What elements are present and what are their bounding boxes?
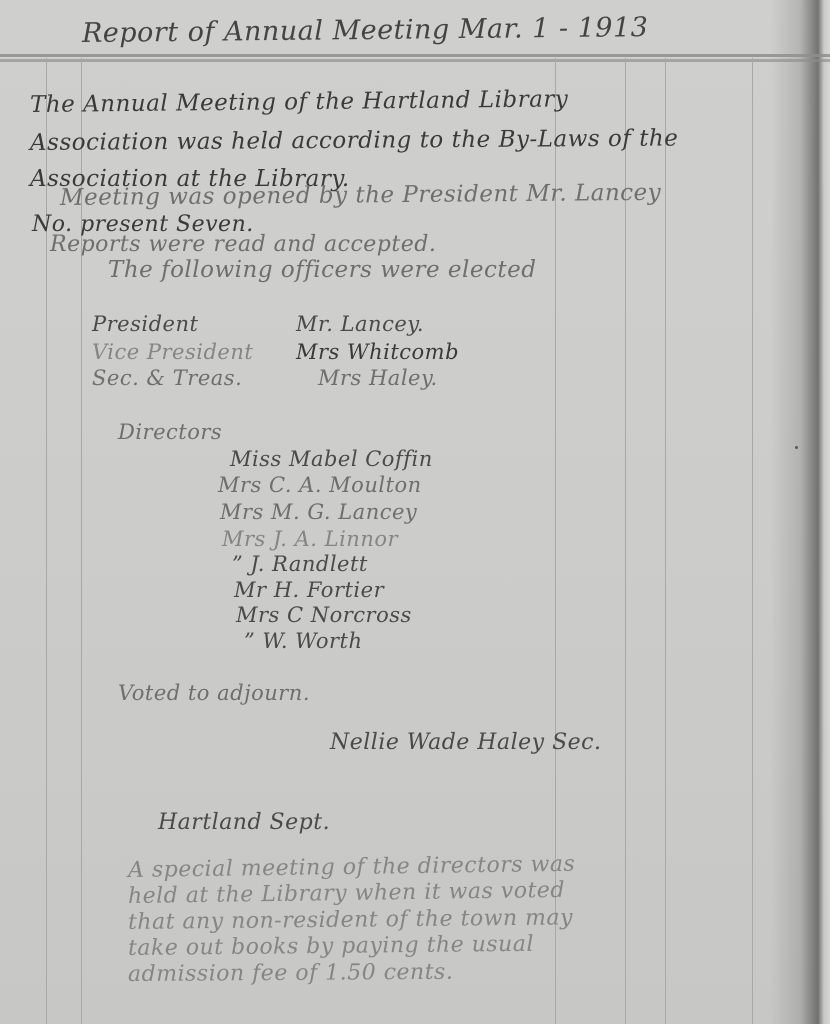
- page-title: Report of Annual Meeting Mar. 1 - 1913: [82, 12, 649, 49]
- minutes-line: Reports were read and accepted.: [50, 232, 436, 257]
- officer-name: Mrs Whitcomb: [296, 340, 459, 364]
- minutes-line: held at the Library when it was voted: [128, 878, 565, 909]
- minutes-line: Meeting was opened by the President Mr. …: [60, 180, 661, 211]
- header-rule-top: [0, 54, 830, 57]
- ledger-column-line: [752, 58, 753, 1024]
- minutes-line: that any non-resident of the town may: [128, 905, 573, 935]
- minutes-line: Association was held according to the By…: [30, 125, 678, 156]
- minutes-line: take out books by paying the usual: [128, 932, 534, 961]
- minutes-line: The following officers were elected: [108, 257, 536, 283]
- director-name: ” W. Worth: [244, 629, 362, 653]
- officer-role: Sec. & Treas.: [92, 366, 242, 390]
- ledger-column-line: [665, 58, 666, 1024]
- director-name: Mrs M. G. Lancey: [220, 500, 417, 524]
- officer-name: Mrs Haley.: [318, 366, 438, 390]
- ledger-column-line: [46, 58, 47, 1024]
- directors-heading: Directors: [118, 420, 222, 444]
- secretary-signature: Nellie Wade Haley Sec.: [330, 730, 602, 755]
- officer-name: Mr. Lancey.: [296, 312, 424, 336]
- entry-place-date: Hartland Sept.: [158, 810, 330, 835]
- director-name: Miss Mabel Coffin: [230, 447, 433, 471]
- header-rule-bottom: [0, 59, 830, 62]
- ink-speck: [795, 446, 798, 449]
- officer-role: President: [92, 312, 198, 336]
- adjournment-note: Voted to adjourn.: [118, 681, 310, 705]
- minutes-line: The Annual Meeting of the Hartland Libra…: [30, 86, 569, 118]
- director-name: ” J. Randlett: [232, 552, 368, 576]
- officer-role: Vice President: [92, 340, 253, 364]
- minutes-line: admission fee of 1.50 cents.: [128, 960, 453, 987]
- director-name: Mrs C. A. Moulton: [218, 473, 422, 497]
- director-name: Mr H. Fortier: [234, 578, 384, 602]
- ledger-page: Report of Annual Meeting Mar. 1 - 1913 T…: [0, 0, 830, 1024]
- director-name: Mrs J. A. Linnor: [222, 527, 398, 551]
- director-name: Mrs C Norcross: [236, 603, 412, 627]
